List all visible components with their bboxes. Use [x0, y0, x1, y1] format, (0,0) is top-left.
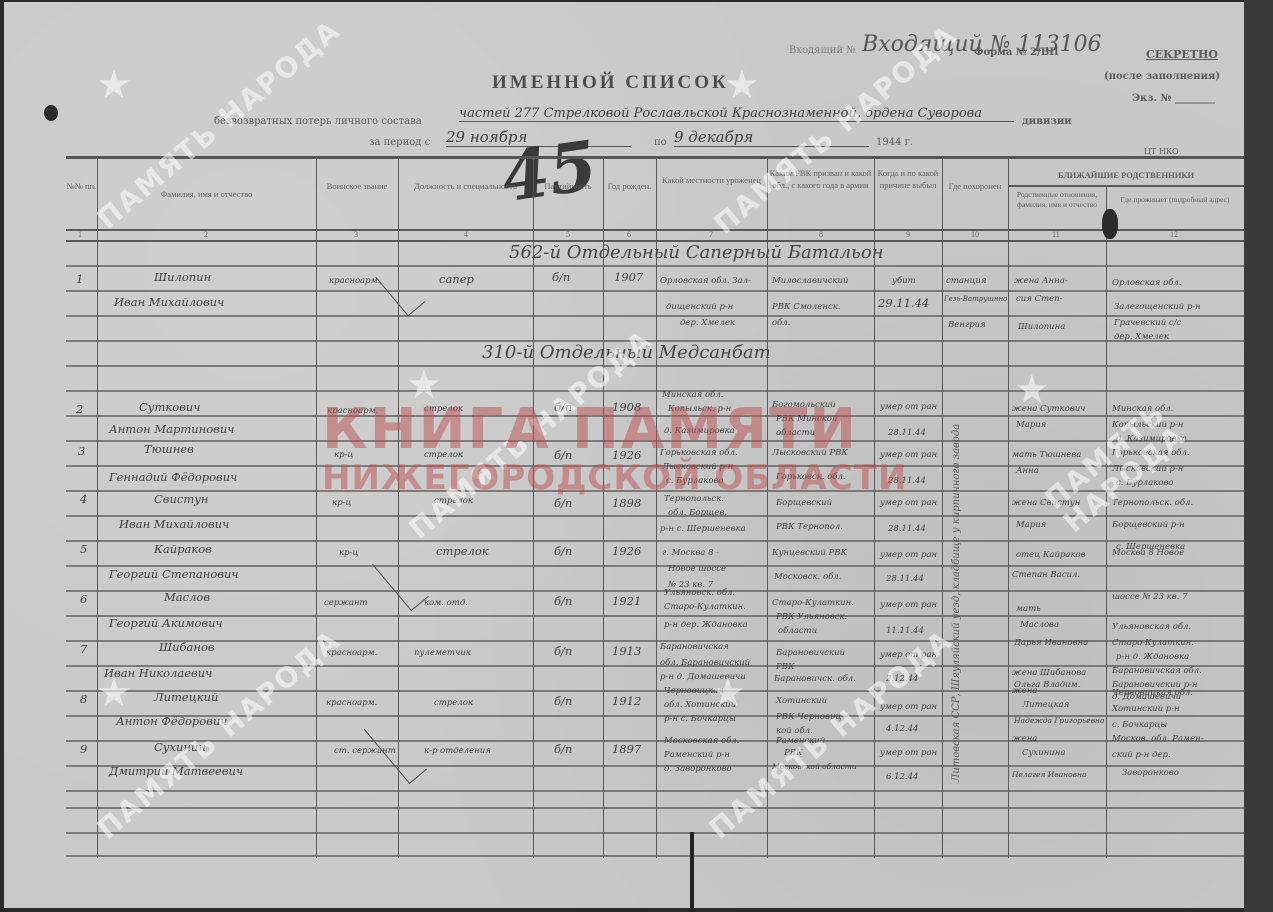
date-left: 28.11.44: [888, 524, 926, 534]
row-num: 5: [80, 542, 87, 556]
row-num: 6: [80, 592, 87, 606]
position: ком. отд.: [424, 598, 468, 608]
birth-year: 1907: [614, 270, 643, 284]
surname: Свистун: [154, 492, 209, 506]
birth-year: 1913: [612, 644, 641, 658]
rank: красноарм.: [326, 648, 377, 658]
rvk: Московской области: [772, 762, 857, 772]
rvk: Старо-Кулаткин.: [772, 598, 854, 608]
party: б/п: [554, 742, 572, 756]
rvk: Горьковск. обл.: [776, 472, 846, 482]
burial: Венгрия: [948, 320, 986, 330]
position: пулеметчик: [414, 648, 471, 658]
col-divider: [874, 158, 875, 858]
surname: Шилопин: [154, 270, 211, 284]
origin: Барановичская: [660, 642, 729, 652]
colnum: 3: [354, 230, 358, 239]
rvk: кой обл.: [776, 726, 813, 736]
row-line: [66, 855, 1244, 857]
address: ский р-н дер.: [1112, 750, 1171, 760]
address: Борщевский р-н: [1112, 520, 1185, 530]
reason-left: умер от ран: [880, 402, 937, 412]
rvk: области: [776, 428, 815, 438]
surname: Сухинин: [154, 740, 206, 754]
address: Грачевский с/с: [1114, 318, 1181, 328]
party: б/п: [554, 448, 572, 462]
period-to-label: по: [654, 137, 667, 148]
party: б/п: [554, 496, 572, 510]
date-left: 28.11.44: [888, 428, 926, 438]
row-line: [66, 690, 1244, 692]
position: стрелок: [436, 544, 489, 558]
address: Москов. обл. Рамен-: [1112, 734, 1204, 744]
origin: д. Заворонково: [664, 764, 732, 774]
address: шоссе № 23 кв. 7: [1112, 592, 1188, 602]
origin: Старо-Кулаткин.: [664, 602, 746, 612]
relative: Маслова: [1020, 620, 1059, 630]
col-divider: [767, 158, 768, 858]
relatives-divider: [1008, 185, 1244, 187]
origin: Тернопольск.: [664, 494, 724, 504]
header-party: Партийность: [533, 180, 603, 192]
relative: Пелагея Ивановна: [1012, 770, 1086, 780]
origin: Раменский р-н: [664, 750, 730, 760]
given-name: Геннадий Фёдорович: [109, 470, 237, 484]
address: Орловская обл.: [1112, 278, 1182, 288]
row-line: [66, 490, 1244, 492]
relative: мать Тюшнева: [1012, 450, 1081, 460]
origin: Орловская обл. Зал-: [660, 276, 751, 286]
star-watermark-icon: ★: [96, 670, 132, 716]
party: б/п: [554, 400, 572, 414]
relative: жена Анна-: [1014, 276, 1068, 286]
reason-left: умер от ран: [880, 450, 937, 460]
period-prefix: за период с: [369, 137, 430, 148]
birth-year: 1926: [612, 544, 641, 558]
address: Тернопольск. обл.: [1112, 498, 1193, 508]
address: д. Казимировка: [1116, 434, 1187, 444]
row-num: 4: [80, 492, 87, 506]
row-line: [66, 790, 1244, 792]
subtitle-prefix: безвозвратных потерь личного состава: [214, 116, 422, 127]
document-page: Входящий № Входящий № 113106 Форма № 2/Б…: [4, 2, 1244, 908]
address: Залегощенский р-н: [1114, 302, 1201, 312]
given-name: Антон Мартинович: [109, 422, 234, 436]
birth-year: 1908: [612, 400, 641, 414]
burial-note-vertical: Литовская ССР, Шяуляйский уезд, кладбище…: [949, 402, 965, 782]
address: р-н д. Ждановка: [1116, 652, 1189, 662]
header-name: Фамилия, имя и отчество: [97, 188, 316, 200]
reason-left: умер от ран: [880, 550, 937, 560]
origin: дер. Хмелек: [680, 318, 735, 328]
header-rank: Воинское звание: [316, 180, 398, 192]
relative: Надежда Григорьевна: [1014, 716, 1104, 726]
rvk: Кунцевский РВК: [772, 548, 847, 558]
row-num: 7: [80, 642, 87, 656]
section-title-medsanbat: 310-й Отдельный Медсанбат: [482, 342, 771, 363]
origin: д. Казимировка: [664, 426, 735, 436]
reason-left: убит: [892, 276, 916, 286]
pencil-mark: 45: [497, 126, 602, 218]
row-line: [66, 615, 1244, 617]
relative: Мария: [1016, 420, 1046, 430]
row-num: 9: [80, 742, 87, 756]
star-watermark-icon: ★: [1014, 367, 1050, 413]
header-buried: Где похоронен: [942, 180, 1008, 192]
colnum: 2: [204, 230, 208, 239]
rank: кр-ц: [332, 498, 351, 508]
colnum: 7: [709, 230, 713, 239]
col-divider: [942, 158, 943, 858]
rank: кр-ц: [334, 450, 353, 460]
table-top-border: [66, 156, 1244, 159]
col-divider: [656, 158, 657, 858]
ink-blot: [44, 105, 58, 121]
given-name: Иван Михайлович: [114, 295, 224, 309]
row-line: [66, 415, 1244, 417]
row-line: [66, 390, 1244, 392]
surname: Кайраков: [154, 542, 212, 556]
address: Барановичская обл.: [1112, 666, 1202, 676]
copy-label: Экз. № ________: [1132, 93, 1215, 104]
address: Черновицкая обл.: [1112, 688, 1193, 698]
relative: мать: [1016, 604, 1041, 614]
address: Ульяновская обл.: [1112, 622, 1191, 632]
birth-year: 1898: [612, 496, 641, 510]
header-address: Где проживает (подробный адрес): [1106, 195, 1244, 205]
address: Копыльский р-н: [1112, 420, 1184, 430]
rvk: РВК Ульяновск.: [776, 612, 847, 622]
header-num: №№ пп.: [66, 180, 97, 192]
birth-year: 1921: [612, 594, 641, 608]
document-title: ИМЕННОЙ СПИСОК: [492, 72, 729, 94]
address: с. Бочкарцы: [1112, 720, 1167, 730]
party: б/п: [552, 270, 570, 284]
row-line: [66, 265, 1244, 267]
check-mark: [372, 550, 429, 612]
row-line: [66, 540, 1244, 542]
party: б/п: [554, 644, 572, 658]
address: с. Бурлаково: [1116, 478, 1174, 488]
rvk: Милославичский: [772, 276, 848, 286]
date-left: 28.11.44: [886, 574, 924, 584]
date-left: 4.12.44: [886, 724, 918, 734]
rvk: РВК Смоленск.: [772, 302, 841, 312]
origin: Горьковская обл.: [660, 448, 738, 458]
period-to: 9 декабря: [674, 128, 869, 147]
year: 1944 г.: [876, 137, 913, 148]
row-line: [66, 315, 1244, 317]
origin: обл. Барановичский: [660, 658, 750, 668]
rvk: РВК: [776, 662, 795, 672]
surname: Маслов: [164, 590, 210, 604]
rvk: РВК Тернопол.: [776, 522, 843, 532]
rank: кр-ц: [339, 548, 358, 558]
row-line: [66, 290, 1244, 292]
address: Москва 8 Новое: [1112, 548, 1184, 558]
rvk: обл.: [772, 318, 790, 328]
row-line: [66, 465, 1244, 467]
rank: красноарм.: [326, 698, 377, 708]
relative: Анна: [1016, 466, 1039, 476]
rvk: Барановичский: [776, 648, 845, 658]
address: Старо-Кулаткин.: [1112, 638, 1194, 648]
col-divider: [1008, 158, 1009, 858]
relative: жена Шибанова: [1012, 668, 1086, 678]
surname: Шибанов: [159, 640, 215, 654]
date-left: 28.11.44: [888, 476, 926, 486]
unit-suffix: дивизии: [1022, 116, 1072, 127]
origin: Новое шоссе: [668, 564, 726, 574]
incoming-stamp-label: Входящий №: [789, 45, 856, 56]
reason-left: умер от ран: [880, 498, 937, 508]
date-left: 2.12.44: [886, 674, 918, 684]
address: Заворонково: [1122, 768, 1179, 778]
rvk: РВК: [784, 748, 803, 758]
position: стрелок: [424, 450, 463, 460]
header-year: Год рожден.: [603, 180, 656, 192]
rvk: Раменский: [776, 736, 825, 746]
party: б/п: [554, 544, 572, 558]
star-watermark-icon: ★: [406, 362, 442, 408]
relative: Дарья Ивановна: [1014, 638, 1088, 648]
rvk: Борщевский: [776, 498, 832, 508]
origin: Ульяновск. обл.: [664, 588, 735, 598]
row-line: [66, 365, 1244, 367]
section-title-sapper: 562-й Отдельный Саперный Батальон: [509, 242, 884, 263]
relative: Мария: [1016, 520, 1046, 530]
row-line: [66, 515, 1244, 517]
relative: Литецкая: [1022, 700, 1069, 710]
row-num: 8: [80, 692, 87, 706]
row-line: [66, 740, 1244, 742]
given-name: Дмитрий Матвеевич: [109, 764, 243, 778]
colnum: 12: [1170, 230, 1178, 239]
position: стрелок: [434, 496, 473, 506]
origin: р-н с. Шершеневка: [660, 524, 746, 534]
reason-left: умер от ран: [880, 702, 937, 712]
position: стрелок: [434, 698, 473, 708]
origin: с. Бурлаково: [666, 476, 724, 486]
origin: р-н дер. Ждановка: [664, 620, 748, 630]
origin: обл. Борщев.: [668, 508, 727, 518]
given-name: Антон Фёдорович: [116, 714, 227, 728]
row-line: [66, 665, 1244, 667]
form-number: Форма № 2/БП: [974, 47, 1059, 58]
origin: Копыльск. р-н: [668, 404, 731, 414]
rank: сержант: [324, 598, 368, 608]
rvk: Барановичск. обл.: [774, 674, 856, 684]
header-position: Должность и специальность: [398, 180, 533, 192]
star-watermark-icon: ★: [710, 670, 746, 716]
address: Хотинский р-н: [1112, 704, 1180, 714]
burial: Гезь-Ватрушнно: [944, 294, 1007, 304]
relative: жена Свистун: [1012, 498, 1080, 508]
row-num: 1: [76, 272, 83, 286]
relative: сия Степ-: [1016, 294, 1063, 304]
origin: Московская обл.: [664, 736, 739, 746]
address: Лысковский р-н: [1112, 464, 1183, 474]
header-relatives-group: БЛИЖАЙШИЕ РОДСТВЕННИКИ: [1008, 169, 1244, 181]
birth-year: 1926: [612, 448, 641, 462]
surname: Литецкий: [154, 690, 218, 704]
row-line: [66, 590, 1244, 592]
colnum: 11: [1052, 230, 1060, 239]
address: Минская обл.: [1112, 404, 1173, 414]
given-name: Георгий Акимович: [109, 616, 223, 630]
star-watermark-icon: ★: [96, 62, 132, 108]
relative: жена: [1012, 686, 1037, 696]
relative: отец Кайраков: [1016, 550, 1086, 560]
header-relation: Родственные отношения, фамилия, имя и от…: [1008, 190, 1106, 210]
scan-edge: [1244, 0, 1273, 912]
relative: жена: [1012, 734, 1037, 744]
rvk: РВК Минской: [776, 414, 837, 424]
header-origin: Какой местности уроженец: [656, 174, 767, 186]
origin: дищенский р-н: [666, 302, 733, 312]
binding-mark: [690, 832, 694, 912]
col-divider: [1106, 185, 1107, 858]
header-rvk: Каким РВК призван и какой обл., с какого…: [767, 167, 874, 191]
colnum: 1: [78, 230, 82, 239]
watermark-pamyat-naroda: ПАМЯТЬ НАРОДА: [92, 625, 346, 845]
row-num: 3: [78, 444, 85, 458]
reason-left: умер от ран: [880, 600, 937, 610]
star-watermark-icon: ★: [724, 62, 760, 108]
origin: Лысковский р-н: [662, 462, 733, 472]
row-line: [66, 440, 1244, 442]
origin: г. Москва 8 -: [662, 548, 719, 558]
row-line: [66, 807, 1244, 809]
birth-year: 1897: [612, 742, 641, 756]
header-left: Когда и по какой причине выбыл: [874, 167, 942, 191]
party: б/п: [554, 594, 572, 608]
rank: красноарм.: [329, 276, 380, 286]
rvk: Московск. обл.: [774, 572, 841, 582]
rvk: РВК Черновиц-: [776, 712, 844, 722]
col-divider: [316, 158, 317, 858]
colnum: 4: [464, 230, 468, 239]
ink-blot: [1102, 209, 1118, 239]
surname: Тюшнев: [144, 442, 194, 456]
unit-name: частей 277 Стрелковой Рославльской Красн…: [459, 106, 1014, 122]
origin: Минская обл.: [662, 390, 723, 400]
given-name: Иван Михайлович: [119, 517, 229, 531]
rank: красноарм.: [327, 406, 378, 416]
corner-code: ЦТ НКО: [1144, 147, 1179, 156]
surname: Суткович: [139, 400, 200, 414]
given-name: Георгий Степанович: [109, 567, 239, 581]
colnum: 5: [566, 230, 570, 239]
row-num: 2: [76, 402, 83, 416]
reason-left: умер от ран: [880, 650, 937, 660]
col-divider: [603, 158, 604, 858]
burial: станция: [946, 276, 987, 286]
secrecy-note: (после заполнения): [1104, 71, 1220, 82]
date-left: 6.12.44: [886, 772, 918, 782]
relative: Степан Васил.: [1012, 570, 1080, 580]
position: сапер: [439, 272, 474, 286]
address: дер. Хмелек: [1114, 332, 1169, 342]
reason-left: умер от ран: [880, 748, 937, 758]
row-line: [66, 565, 1244, 567]
rvk: Хотинский: [776, 696, 827, 706]
party: б/п: [554, 694, 572, 708]
colnum: 9: [906, 230, 910, 239]
address: Горьковская обл.: [1112, 448, 1190, 458]
colnum: 8: [819, 230, 823, 239]
date-left: 29.11.44: [878, 296, 929, 310]
relative: Шилопина: [1018, 322, 1065, 332]
secrecy-label: СЕКРЕТНО: [1146, 48, 1218, 61]
col-divider: [97, 158, 98, 858]
header-bottom-line: [66, 229, 1244, 231]
col-divider: [533, 158, 534, 858]
birth-year: 1912: [612, 694, 641, 708]
position: к-р отделения: [424, 746, 491, 756]
rvk: Лысковский РВК: [772, 448, 848, 458]
rvk: Богомольский: [772, 400, 836, 410]
row-line: [66, 832, 1244, 834]
date-left: 11.11.44: [886, 626, 924, 636]
rvk: области: [778, 626, 817, 636]
colnum: 6: [627, 230, 631, 239]
relative: Сухинина: [1022, 748, 1065, 758]
colnum: 10: [971, 230, 979, 239]
